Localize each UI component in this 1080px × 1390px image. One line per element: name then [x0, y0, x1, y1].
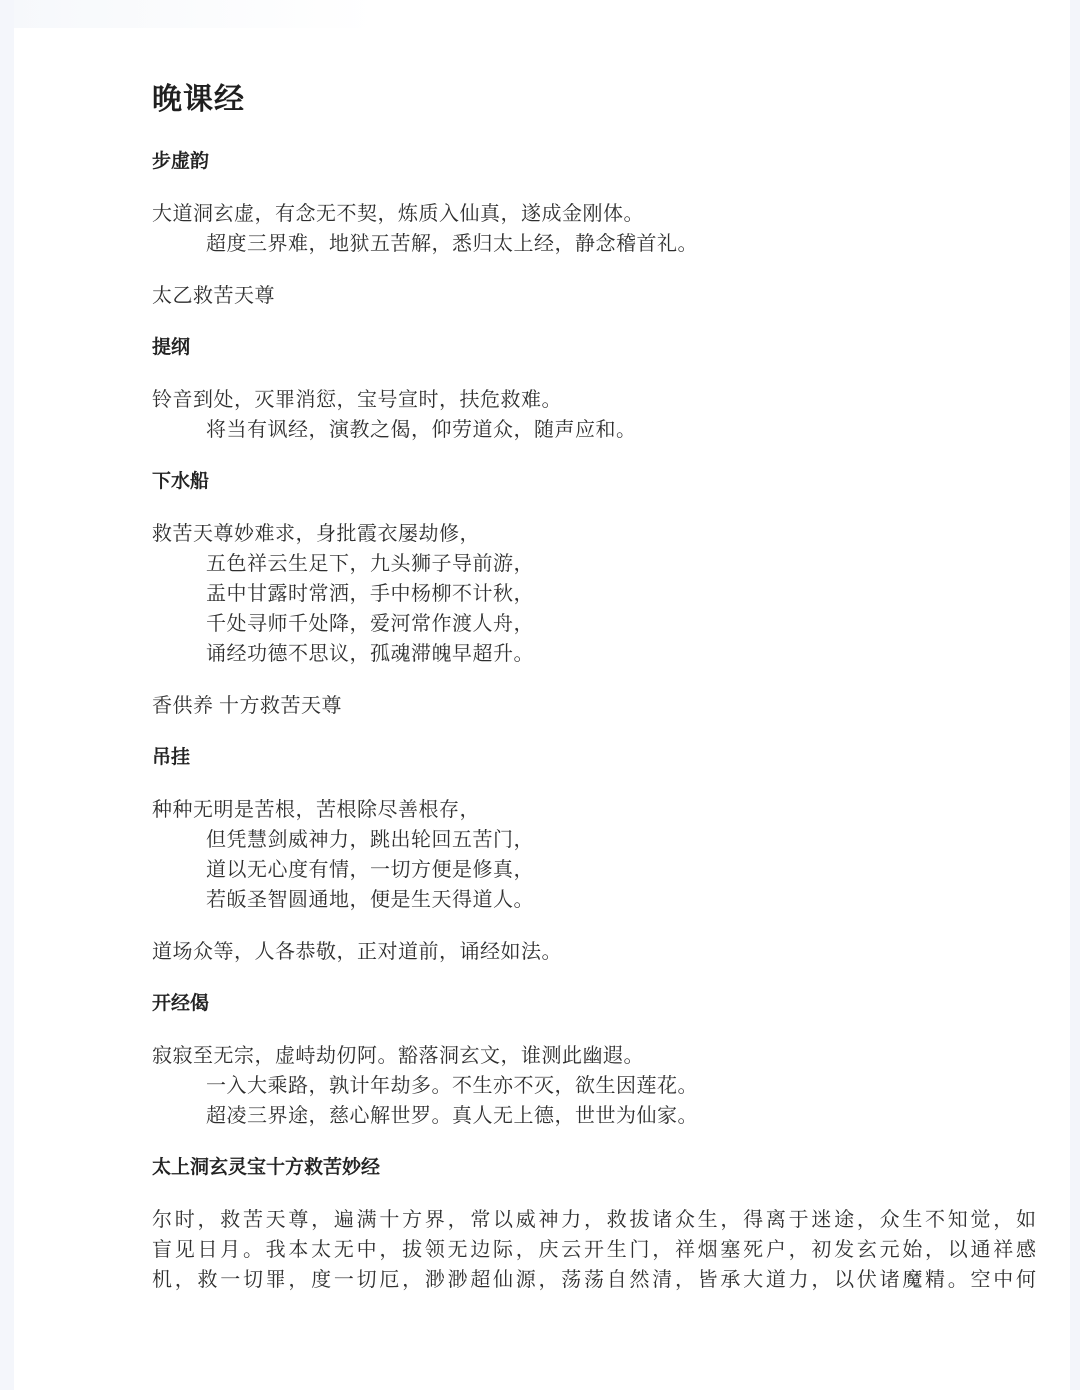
scripture-line: 尔时，救苦天尊，遍满十方界，常以威神力，救拔诸众生，得离于迷途，众生不知觉，如	[152, 1205, 1036, 1235]
section-kaijingji: 开经偈 寂寂至无宗，虚峙劫仞阿。豁落洞玄文，谁测此幽遐。 一入大乘路，孰计年劫多…	[152, 989, 1036, 1131]
section-heading: 太上洞玄灵宝十方救苦妙经	[152, 1153, 1036, 1183]
verse-line: 超凌三界途，慈心解世罗。真人无上德，世世为仙家。	[152, 1101, 1036, 1131]
verse-line: 寂寂至无宗，虚峙劫仞阿。豁落洞玄文，谁测此幽遐。	[152, 1041, 1036, 1071]
verse-line: 诵经功德不思议，孤魂滞魄早超升。	[152, 639, 1036, 669]
verse-line: 道以无心度有情，一切方便是修真，	[152, 855, 1036, 885]
section-jiuku-miaojing: 太上洞玄灵宝十方救苦妙经 尔时，救苦天尊，遍满十方界，常以威神力，救拔诸众生，得…	[152, 1153, 1036, 1295]
section-heading: 开经偈	[152, 989, 1036, 1019]
verse-paragraph: 寂寂至无宗，虚峙劫仞阿。豁落洞玄文，谁测此幽遐。 一入大乘路，孰计年劫多。不生亦…	[152, 1041, 1036, 1131]
verse-line: 铃音到处，灭罪消愆，宝号宣时，扶危救难。	[152, 385, 1036, 415]
section-tigang: 提纲 铃音到处，灭罪消愆，宝号宣时，扶危救难。 将当有讽经，演教之偈，仰劳道众，…	[152, 333, 1036, 445]
verse-paragraph: 种种无明是苦根，苦根除尽善根存， 但凭慧剑威神力，跳出轮回五苦门， 道以无心度有…	[152, 795, 1036, 915]
verse-line: 盂中甘露时常洒，手中杨柳不计秋，	[152, 579, 1036, 609]
verse-line: 道场众等，人各恭敬，正对道前，诵经如法。	[152, 937, 1036, 967]
verse-line: 种种无明是苦根，苦根除尽善根存，	[152, 795, 1036, 825]
scripture-line: 机，救一切罪，度一切厄，渺渺超仙源，荡荡自然清，皆承大道力，以伏诸魔精。空中何	[152, 1265, 1036, 1295]
deity-invocation: 太乙救苦天尊	[152, 281, 1036, 311]
document-content: 晚课经 步虚韵 大道洞玄虚，有念无不契，炼质入仙真，遂成金刚体。 超度三界难，地…	[152, 83, 1036, 1317]
verse-line: 救苦天尊妙难求，身批霞衣屡劫修，	[152, 519, 1036, 549]
scripture-line: 盲见日月。我本太无中，拔领无边际，庆云开生门，祥烟塞死户，初发玄元始，以通祥感	[152, 1235, 1036, 1265]
page-edge-right	[1070, 0, 1080, 1390]
verse-paragraph: 大道洞玄虚，有念无不契，炼质入仙真，遂成金刚体。 超度三界难，地狱五苦解，悉归太…	[152, 199, 1036, 259]
document-page: 晚课经 步虚韵 大道洞玄虚，有念无不契，炼质入仙真，遂成金刚体。 超度三界难，地…	[0, 0, 1080, 1390]
verse-line: 但凭慧剑威神力，跳出轮回五苦门，	[152, 825, 1036, 855]
instruction-line: 道场众等，人各恭敬，正对道前，诵经如法。	[152, 937, 1036, 967]
scripture-paragraph: 尔时，救苦天尊，遍满十方界，常以威神力，救拔诸众生，得离于迷途，众生不知觉，如 …	[152, 1205, 1036, 1295]
section-heading: 提纲	[152, 333, 1036, 363]
section-buxu-yun: 步虚韵 大道洞玄虚，有念无不契，炼质入仙真，遂成金刚体。 超度三界难，地狱五苦解…	[152, 147, 1036, 311]
section-diaogua: 吊挂 种种无明是苦根，苦根除尽善根存， 但凭慧剑威神力，跳出轮回五苦门， 道以无…	[152, 743, 1036, 967]
verse-line: 一入大乘路，孰计年劫多。不生亦不灭，欲生因莲花。	[152, 1071, 1036, 1101]
verse-line: 大道洞玄虚，有念无不契，炼质入仙真，遂成金刚体。	[152, 199, 1036, 229]
verse-line: 将当有讽经，演教之偈，仰劳道众，随声应和。	[152, 415, 1036, 445]
verse-line: 千处寻师千处降，爱河常作渡人舟，	[152, 609, 1036, 639]
page-edge-top	[0, 0, 1080, 28]
verse-line: 若皈圣智圆通地，便是生天得道人。	[152, 885, 1036, 915]
verse-paragraph: 救苦天尊妙难求，身批霞衣屡劫修， 五色祥云生足下，九头狮子导前游， 盂中甘露时常…	[152, 519, 1036, 669]
verse-line: 五色祥云生足下，九头狮子导前游，	[152, 549, 1036, 579]
verse-paragraph: 铃音到处，灭罪消愆，宝号宣时，扶危救难。 将当有讽经，演教之偈，仰劳道众，随声应…	[152, 385, 1036, 445]
section-heading: 吊挂	[152, 743, 1036, 773]
section-heading: 步虚韵	[152, 147, 1036, 177]
page-edge-left	[0, 0, 14, 1390]
verse-line: 超度三界难，地狱五苦解，悉归太上经，静念稽首礼。	[152, 229, 1036, 259]
section-xiashuichuan: 下水船 救苦天尊妙难求，身批霞衣屡劫修， 五色祥云生足下，九头狮子导前游， 盂中…	[152, 467, 1036, 721]
verse-line: 太乙救苦天尊	[152, 281, 1036, 311]
section-heading: 下水船	[152, 467, 1036, 497]
deity-invocation: 香供养 十方救苦天尊	[152, 691, 1036, 721]
verse-line: 香供养 十方救苦天尊	[152, 691, 1036, 721]
doc-title: 晚课经	[152, 83, 1036, 117]
